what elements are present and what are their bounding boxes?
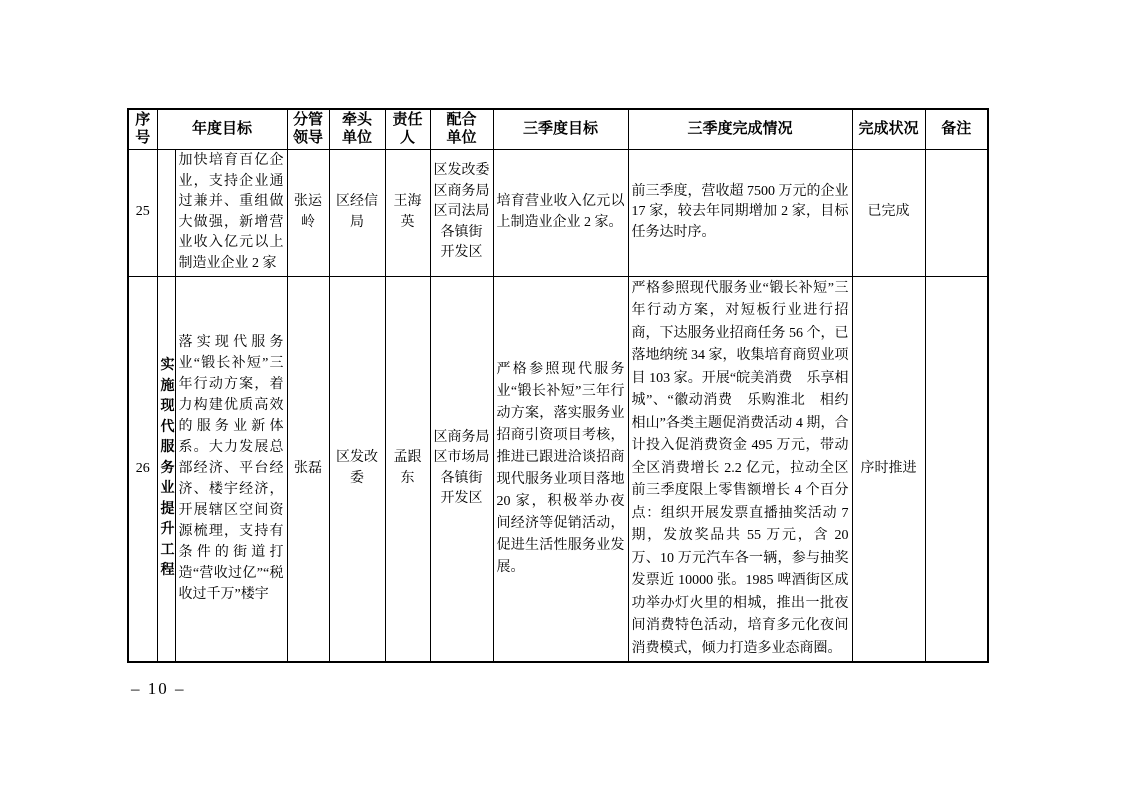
header-q3-goal: 三季度目标	[493, 109, 628, 149]
cell-lead-unit: 区经信局	[329, 149, 385, 276]
header-responsible: 责任人	[385, 109, 430, 149]
table-header-row: 序 号 年度目标 分管 领导 牵头 单位 责任人 配合 单位 三季度目标 三季度…	[128, 109, 988, 149]
table-row-26: 26 实施现代服务业提升工程 落实现代服务业“锻长补短”三年行动方案，着力构建优…	[128, 276, 988, 662]
cell-q3-goal: 培育营业收入亿元以上制造业企业 2 家。	[493, 149, 628, 276]
quarterly-report-table: 序 号 年度目标 分管 领导 牵头 单位 责任人 配合 单位 三季度目标 三季度…	[127, 108, 989, 663]
cell-q3-goal: 严格参照现代服务业“锻长补短”三年行动方案，落实服务业招商引资项目考核，推进已跟…	[493, 276, 628, 662]
cell-leader: 张磊	[287, 276, 329, 662]
header-remark: 备注	[925, 109, 988, 149]
cell-project-label	[157, 149, 175, 276]
cell-project-label: 实施现代服务业提升工程	[157, 276, 175, 662]
header-annual-goal: 年度目标	[157, 109, 287, 149]
cell-annual-goal: 落实现代服务业“锻长补短”三年行动方案，着力构建优质高效的服务业新体系。大力发展…	[175, 276, 287, 662]
header-q3-completion: 三季度完成情况	[628, 109, 852, 149]
cell-remark	[925, 276, 988, 662]
cell-seq: 25	[128, 149, 157, 276]
cell-coop-units: 区商务局 区市场局 各镇街 开发区	[430, 276, 493, 662]
header-coop-unit: 配合 单位	[430, 109, 493, 149]
cell-q3-completion: 前三季度，营收超 7500 万元的企业 17 家，较去年同期增加 2 家，目标任…	[628, 149, 852, 276]
document-page: 序 号 年度目标 分管 领导 牵头 单位 责任人 配合 单位 三季度目标 三季度…	[0, 0, 1122, 793]
header-seq: 序 号	[128, 109, 157, 149]
cell-responsible: 孟跟东	[385, 276, 430, 662]
header-status: 完成状况	[852, 109, 925, 149]
cell-seq: 26	[128, 276, 157, 662]
table-row-25: 25 加快培育百亿企业，支持企业通过兼并、重组做大做强，新增营业收入亿元以上制造…	[128, 149, 988, 276]
header-leader: 分管 领导	[287, 109, 329, 149]
cell-q3-completion: 严格参照现代服务业“锻长补短”三年行动方案，对短板行业进行招商，下达服务业招商任…	[628, 276, 852, 662]
page-number: – 10 –	[131, 679, 186, 699]
cell-leader: 张运岭	[287, 149, 329, 276]
cell-responsible: 王海英	[385, 149, 430, 276]
cell-lead-unit: 区发改委	[329, 276, 385, 662]
header-lead-unit: 牵头 单位	[329, 109, 385, 149]
cell-status: 序时推进	[852, 276, 925, 662]
cell-status: 已完成	[852, 149, 925, 276]
cell-remark	[925, 149, 988, 276]
cell-annual-goal: 加快培育百亿企业，支持企业通过兼并、重组做大做强，新增营业收入亿元以上制造业企业…	[175, 149, 287, 276]
cell-coop-units: 区发改委 区商务局 区司法局 各镇街 开发区	[430, 149, 493, 276]
